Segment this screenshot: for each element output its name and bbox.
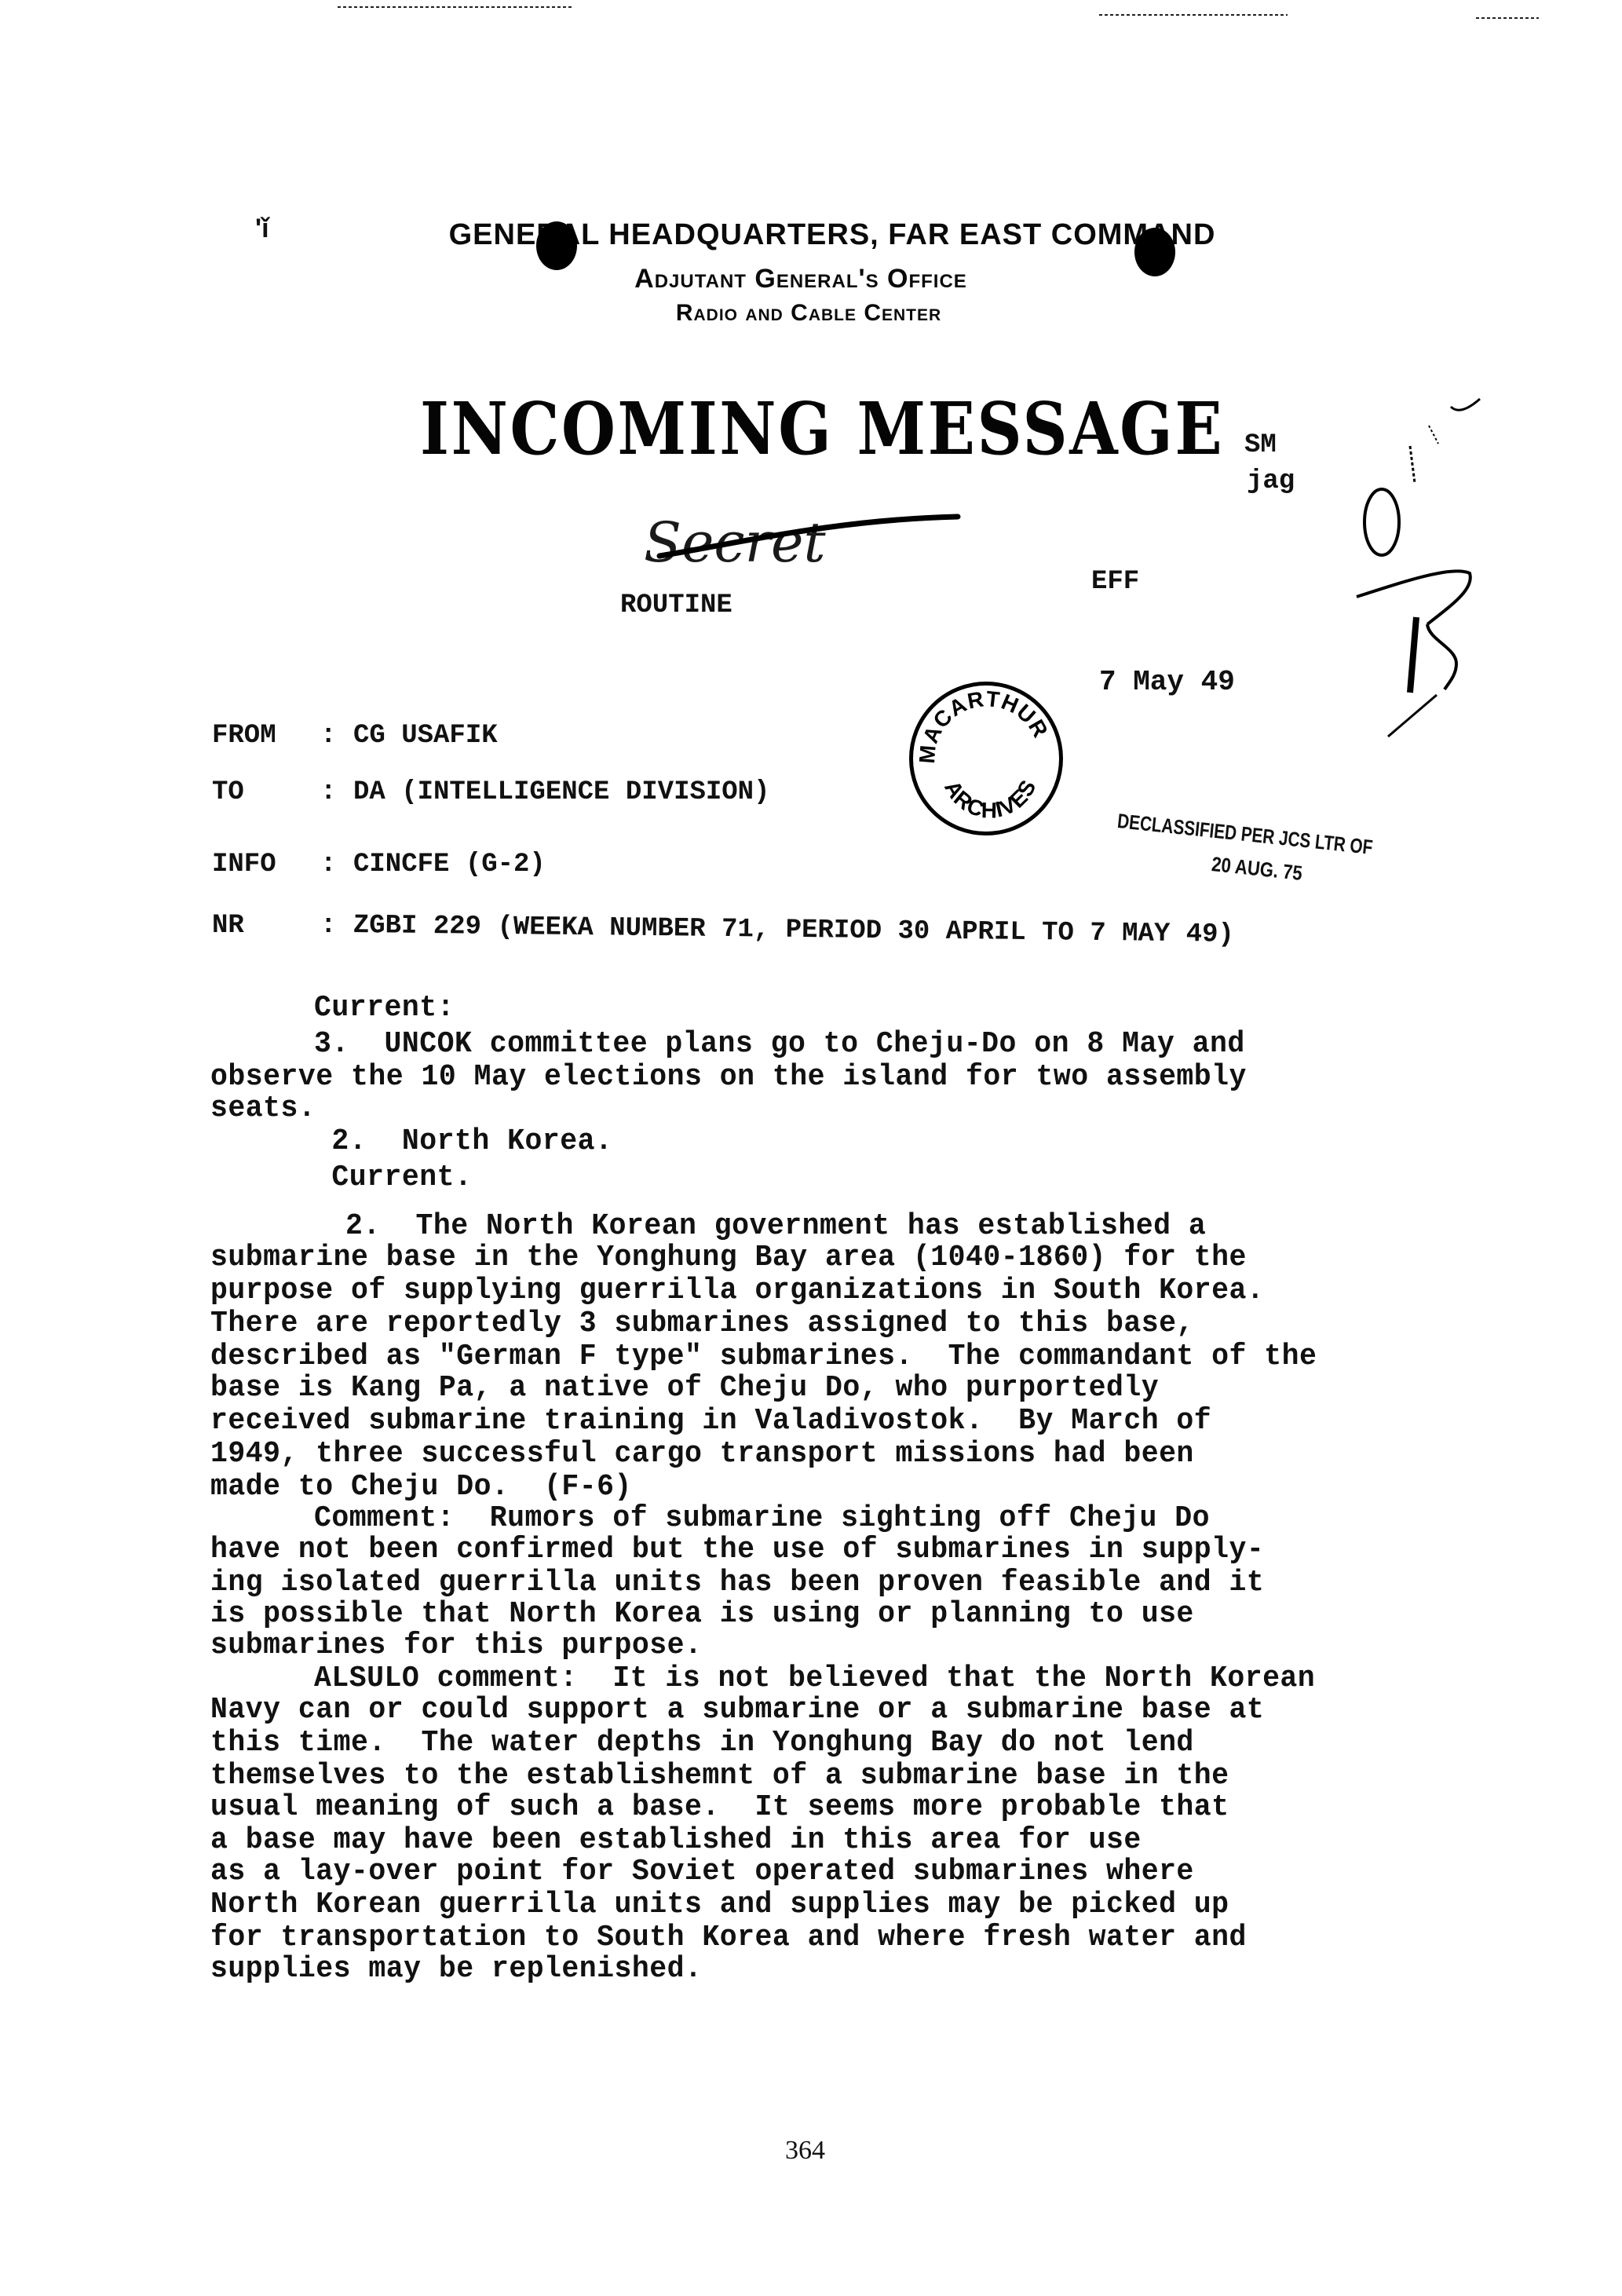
initials-sm: SM xyxy=(1244,430,1277,460)
routing-value-info: CINCFE (G-2) xyxy=(353,850,546,879)
body-line: 2. The North Korean government has estab… xyxy=(345,1209,1206,1243)
body-line: Navy can or could support a submarine or… xyxy=(210,1693,1264,1727)
body-line: base is Kang Pa, a native of Cheju Do, w… xyxy=(210,1371,1159,1405)
scan-artifact xyxy=(338,6,573,8)
routing-colon: : xyxy=(320,911,336,941)
svg-text:MACARTHUR: MACARTHUR xyxy=(915,686,1053,764)
routing-value-nr: ZGBI 229 (WEEKA NUMBER 71, PERIOD 30 APR… xyxy=(353,911,1235,950)
page-title: INCOMING MESSAGE xyxy=(420,386,1224,471)
routing-label-nr: NR xyxy=(212,911,244,941)
scan-artifact xyxy=(1099,14,1288,16)
body-line: usual meaning of such a base. It seems m… xyxy=(210,1790,1229,1824)
body-line: have not been confirmed but the use of s… xyxy=(210,1533,1264,1567)
margin-mark: 'ǐ xyxy=(255,214,269,244)
body-line: Current: xyxy=(314,991,455,1025)
body-line: supplies may be replenished. xyxy=(210,1952,702,1986)
body-line: made to Cheju Do. (F-6) xyxy=(210,1470,632,1504)
body-line: 1949, three successful cargo transport m… xyxy=(210,1437,1194,1471)
routing-value-to: DA (INTELLIGENCE DIVISION) xyxy=(353,777,770,807)
body-line: is possible that North Korea is using or… xyxy=(210,1597,1194,1631)
stamp-bottom-text: ARCHIVES xyxy=(940,776,1041,823)
routing-value-from: CG USAFIK xyxy=(353,721,498,751)
page-number: 364 xyxy=(785,2136,825,2166)
letterhead-line-2: Adjutant General's Office xyxy=(581,264,1021,294)
stamp-top-text: MACARTHUR xyxy=(915,686,1053,764)
body-line: received submarine training in Valadivos… xyxy=(210,1404,1211,1438)
precedence: ROUTINE xyxy=(620,590,732,620)
body-line: Current. xyxy=(314,1161,472,1194)
body-line: North Korean guerrilla units and supplie… xyxy=(210,1888,1229,1921)
svg-text:ARCHIVES: ARCHIVES xyxy=(940,776,1041,823)
body-line: ALSULO comment: It is not believed that … xyxy=(314,1662,1315,1695)
handwritten-margin-marks xyxy=(1335,353,1622,824)
body-line: purpose of supplying guerrilla organizat… xyxy=(210,1274,1264,1307)
body-line: this time. The water depths in Yonghung … xyxy=(210,1726,1194,1760)
routing-label-from: FROM xyxy=(212,721,276,751)
declassification-line-2: 20 AUG. 75 xyxy=(1211,852,1303,886)
body-line: ing isolated guerrilla units has been pr… xyxy=(210,1566,1264,1600)
routing-label-info: INFO xyxy=(212,850,276,879)
body-line: submarine base in the Yonghung Bay area … xyxy=(210,1241,1247,1274)
body-line: observe the 10 May elections on the isla… xyxy=(210,1060,1247,1094)
message-date: 7 May 49 xyxy=(1099,666,1235,698)
body-line: a base may have been established in this… xyxy=(210,1823,1142,1857)
routing-colon: : xyxy=(320,850,336,879)
ink-blot xyxy=(536,221,577,270)
routing-label-to: TO xyxy=(212,777,244,807)
body-line: 3. UNCOK committee plans go to Cheju-Do … xyxy=(314,1027,1245,1061)
body-line: 2. North Korea. xyxy=(314,1124,612,1158)
initials-jag: jag xyxy=(1247,466,1295,496)
archive-stamp: MACARTHUR ARCHIVES xyxy=(909,682,1063,835)
eff-label: EFF xyxy=(1091,567,1139,597)
body-line: for transportation to South Korea and wh… xyxy=(210,1921,1247,1954)
body-line: submarines for this purpose. xyxy=(210,1629,702,1662)
letterhead-line-3: Radio and Cable Center xyxy=(612,300,1005,327)
body-line: Comment: Rumors of submarine sighting of… xyxy=(314,1501,1210,1535)
stamp-lettering: MACARTHUR ARCHIVES xyxy=(913,686,1059,832)
strike-through-line xyxy=(628,503,974,597)
body-line: themselves to the establishemnt of a sub… xyxy=(210,1759,1229,1793)
routing-colon: : xyxy=(320,721,336,751)
body-line: There are reportedly 3 submarines assign… xyxy=(210,1307,1194,1340)
body-line: as a lay-over point for Soviet operated … xyxy=(210,1855,1194,1888)
body-line: seats. xyxy=(210,1091,316,1125)
scan-artifact xyxy=(1476,17,1539,19)
routing-colon: : xyxy=(320,777,336,807)
ink-blot xyxy=(1134,228,1175,276)
body-line: described as "German F type" submarines.… xyxy=(210,1340,1317,1373)
